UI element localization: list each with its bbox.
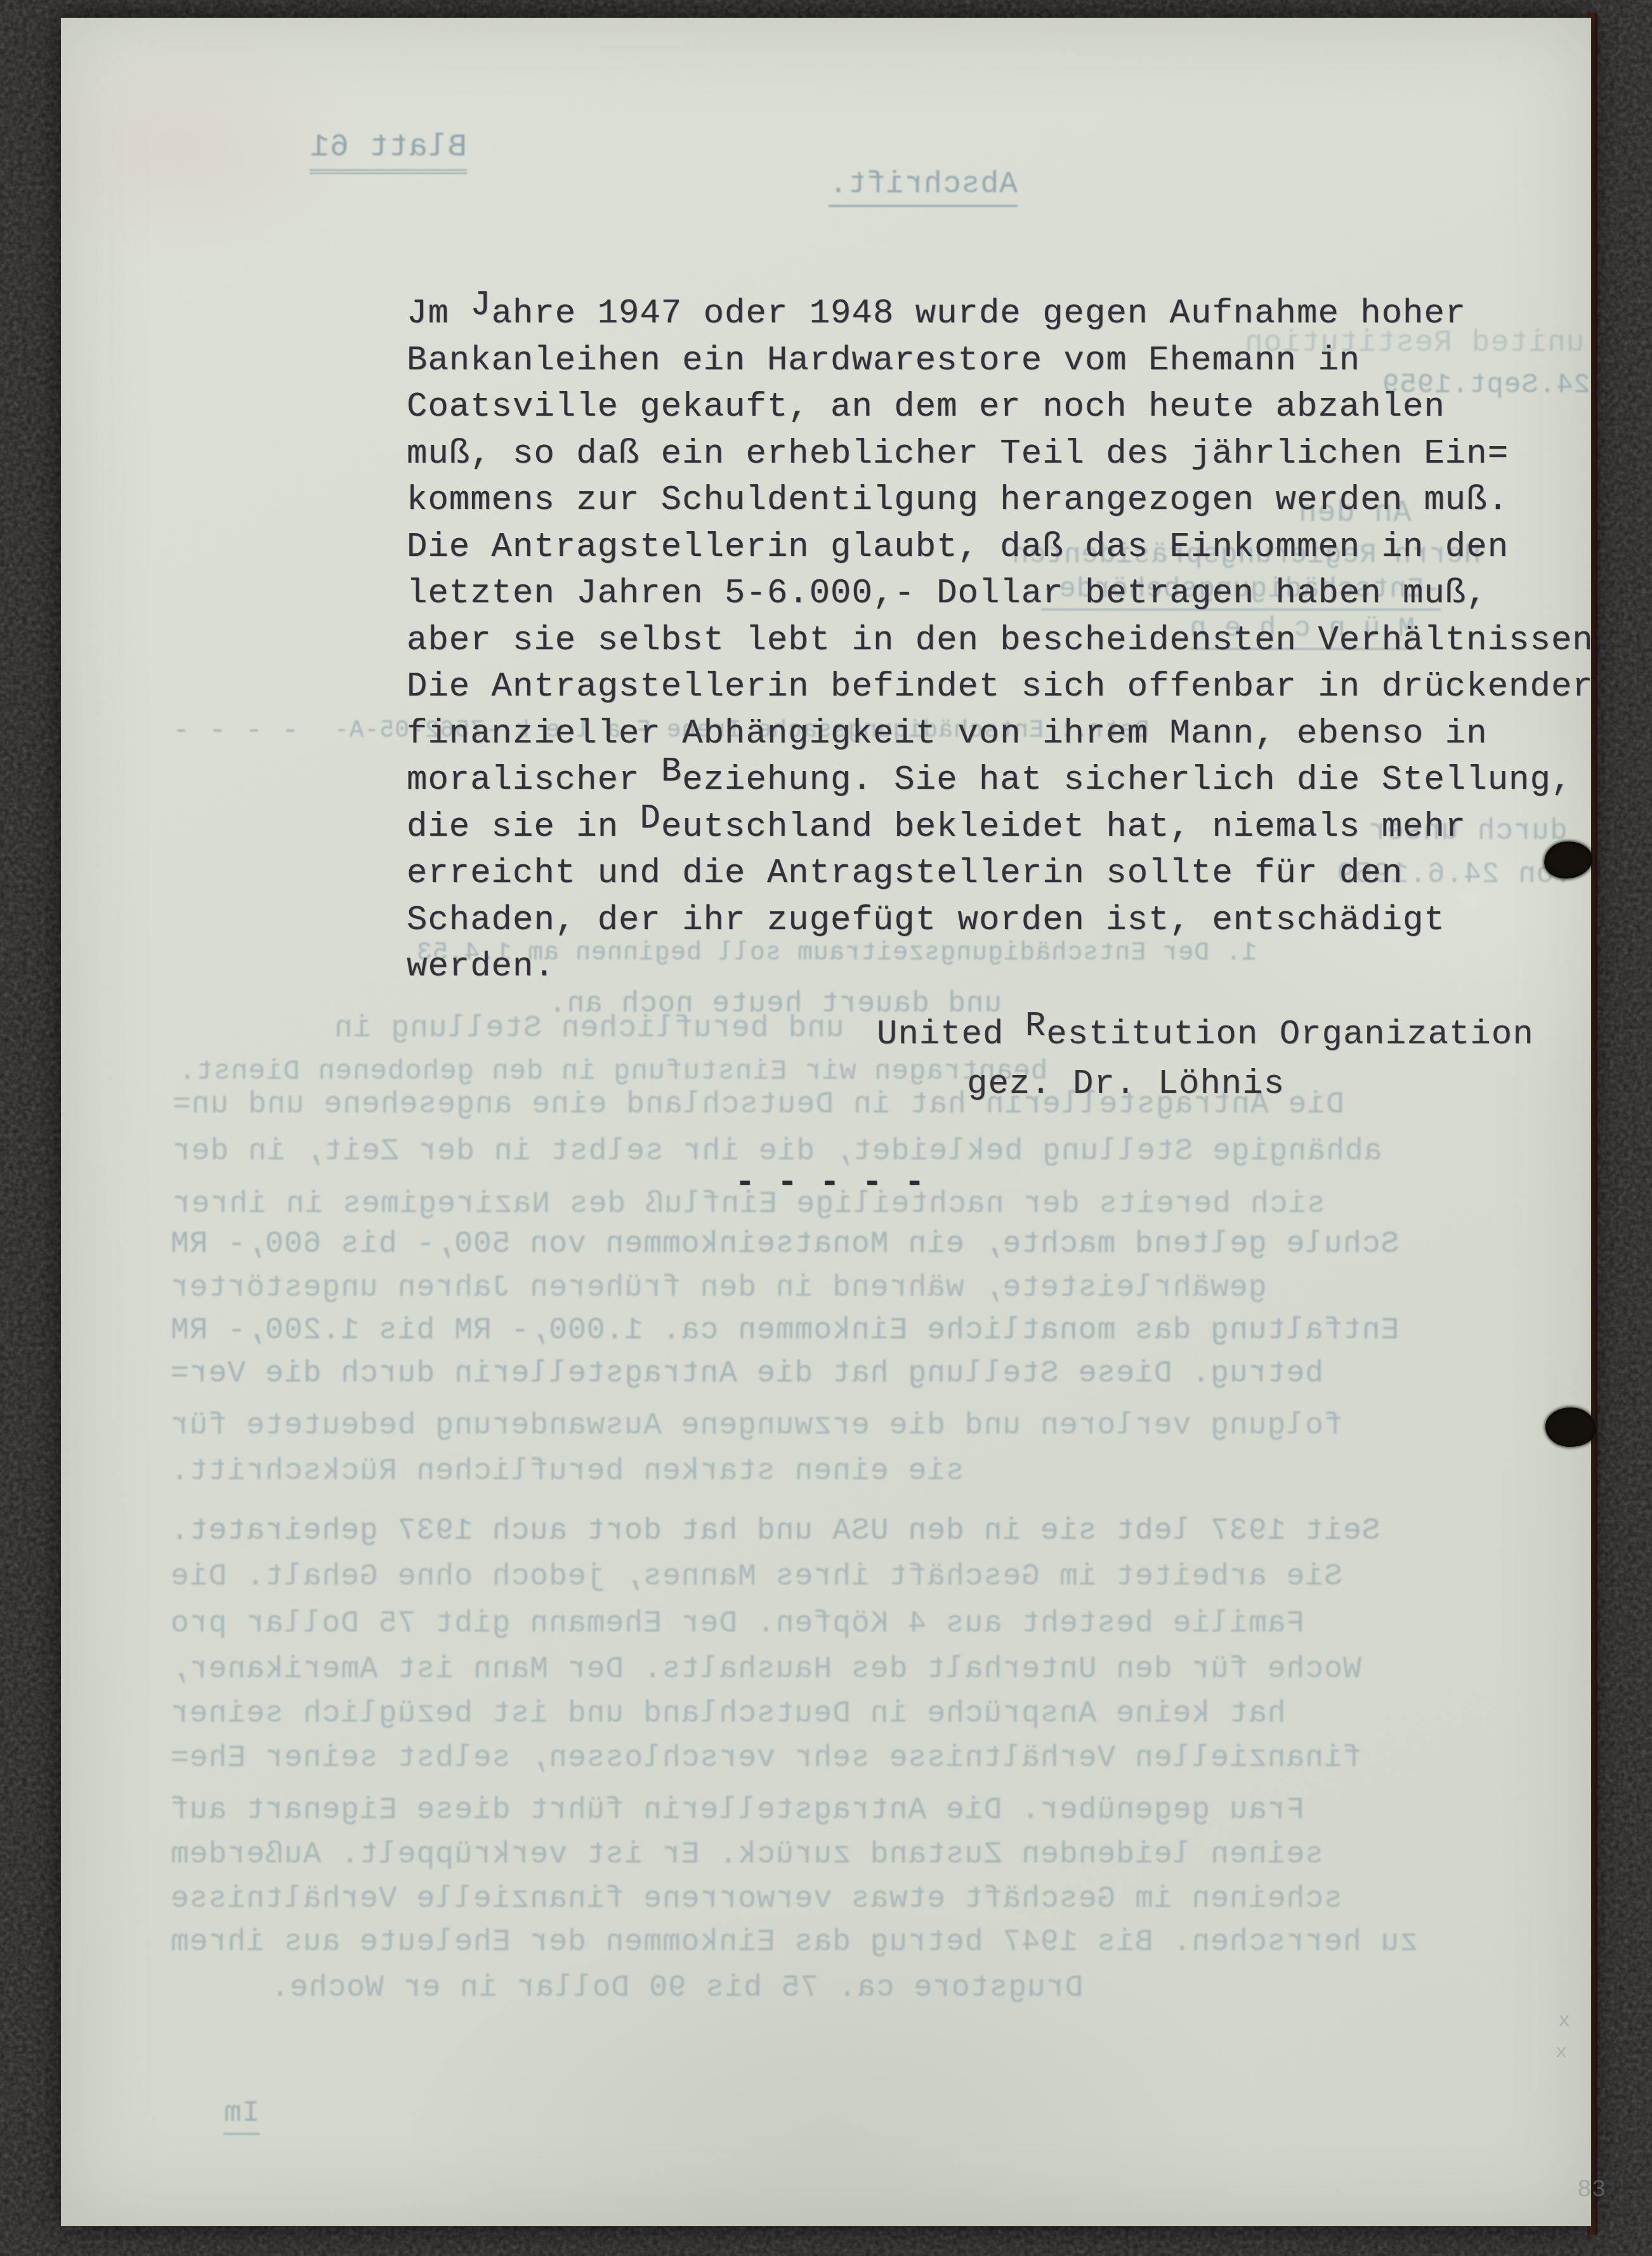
bleedthrough-line: und beruflichen Stellung in <box>334 1012 844 1046</box>
bleedthrough-line: folgung verloren und die erzwungene Ausw… <box>170 1409 1342 1443</box>
typewritten-line: werden. <box>407 947 1615 994</box>
bleedthrough-line: seinen leidenden Zustand zurück. Er ist … <box>170 1838 1323 1872</box>
typewritten-line: muß, so daß ein erheblicher Teil des jäh… <box>407 435 1615 482</box>
raised-typewriter-letter: J <box>470 286 491 325</box>
raised-typewriter-letter: B <box>661 753 682 791</box>
typewritten-text-block: Jm Jahre 1947 oder 1948 wurde gegen Aufn… <box>407 294 1615 994</box>
bleedthrough-line: Woche für den Unterhalt des Haushalts. D… <box>170 1652 1361 1687</box>
typewritten-line: Bankanleihen ein Hardwarestore vom Ehema… <box>407 341 1615 388</box>
document-page: Blatt 61Abschrift.united Restitution24.S… <box>61 18 1591 2226</box>
bleedthrough-line: Drugstore ca. 75 bis 90 Dollar in er Woc… <box>270 1971 1084 2005</box>
signature-name: gez. Dr. Löhnis <box>967 1065 1285 1104</box>
typewritten-line: Schaden, der ihr zugefügt worden ist, en… <box>407 901 1615 948</box>
bleedthrough-line: Blatt 61 <box>310 129 467 174</box>
margin-mark: 83 <box>1577 2177 1606 2204</box>
typewritten-line: die sie in Deutschland bekleidet hat, ni… <box>407 808 1615 855</box>
bleedthrough-line: - - - - <box>172 715 299 748</box>
bleedthrough-line: Sie arbeitet im Geschäft ihres Mannes, j… <box>170 1560 1342 1594</box>
typewritten-line: erreicht und die Antragstellerin sollte … <box>407 854 1615 901</box>
typewritten-line: letzten Jahren 5-6.000,- Dollar betragen… <box>407 574 1615 621</box>
raised-typewriter-letter: D <box>639 800 660 838</box>
typewritten-line: Jm Jahre 1947 oder 1948 wurde gegen Aufn… <box>407 294 1615 341</box>
bleedthrough-line: zu herrschen. Bis 1947 betrug das Einkom… <box>170 1925 1418 1960</box>
bleedthrough-line: Entfaltung das monatliche Einkommen ca. … <box>170 1314 1399 1348</box>
typewritten-line: aber sie selbst lebt in den bescheidenst… <box>407 621 1615 668</box>
bleedthrough-line: scheinen im Geschäft etwas verworrene fi… <box>170 1882 1342 1916</box>
separator-dashes: - - - - - <box>735 1164 926 1203</box>
typewritten-line: Die Antragstellerin glaubt, daß das Eink… <box>407 528 1615 575</box>
bleedthrough-line: gewährleistete, während in den früheren … <box>170 1271 1267 1305</box>
typewritten-line: Die Antragstellerin befindet sich offenb… <box>407 668 1615 715</box>
bleedthrough-line: hat keine Ansprüche in Deutschland und i… <box>170 1697 1285 1731</box>
signature-organization: United Restitution Organization <box>877 1015 1534 1054</box>
margin-mark: x <box>1558 2009 1570 2033</box>
bleedthrough-line: Seit 1937 lebt sie in den USA und hat do… <box>170 1514 1380 1548</box>
bleedthrough-line: betrug. Diese Stellung hat die Antragste… <box>170 1357 1323 1391</box>
typewritten-line: kommens zur Schuldentilgung herangezogen… <box>407 481 1615 528</box>
bleedthrough-line: finanziellen Verhältnisse sehr verschlos… <box>170 1741 1361 1776</box>
typewritten-line: Coatsville gekauft, an dem er noch heute… <box>407 388 1615 435</box>
bleedthrough-line: beantragen wir Einstufung in den gehoben… <box>178 1056 1047 1088</box>
bleedthrough-line: Abschrift. <box>829 168 1018 207</box>
margin-mark: x <box>1556 2042 1567 2064</box>
bleedthrough-line: sie einen starken beruflichen Rückschrit… <box>170 1455 964 1489</box>
typewritten-line: finanzieller Abhängigkeit von ihrem Mann… <box>407 715 1615 762</box>
bleedthrough-line: Im <box>223 2097 259 2135</box>
typewritten-line: moralischer Beziehung. Sie hat sicherlic… <box>407 761 1615 808</box>
bleedthrough-line: Frau gegenüber. Die Antragstellerin führ… <box>170 1793 1304 1828</box>
scanned-document-on-binder: Blatt 61Abschrift.united Restitution24.S… <box>0 0 1652 2256</box>
raised-typewriter-letter: R <box>1025 1007 1046 1046</box>
bleedthrough-line: Schule geltend machte, ein Monatseinkomm… <box>170 1227 1399 1262</box>
bleedthrough-line: Familie besteht aus 4 Köpfen. Der Eheman… <box>170 1607 1304 1641</box>
